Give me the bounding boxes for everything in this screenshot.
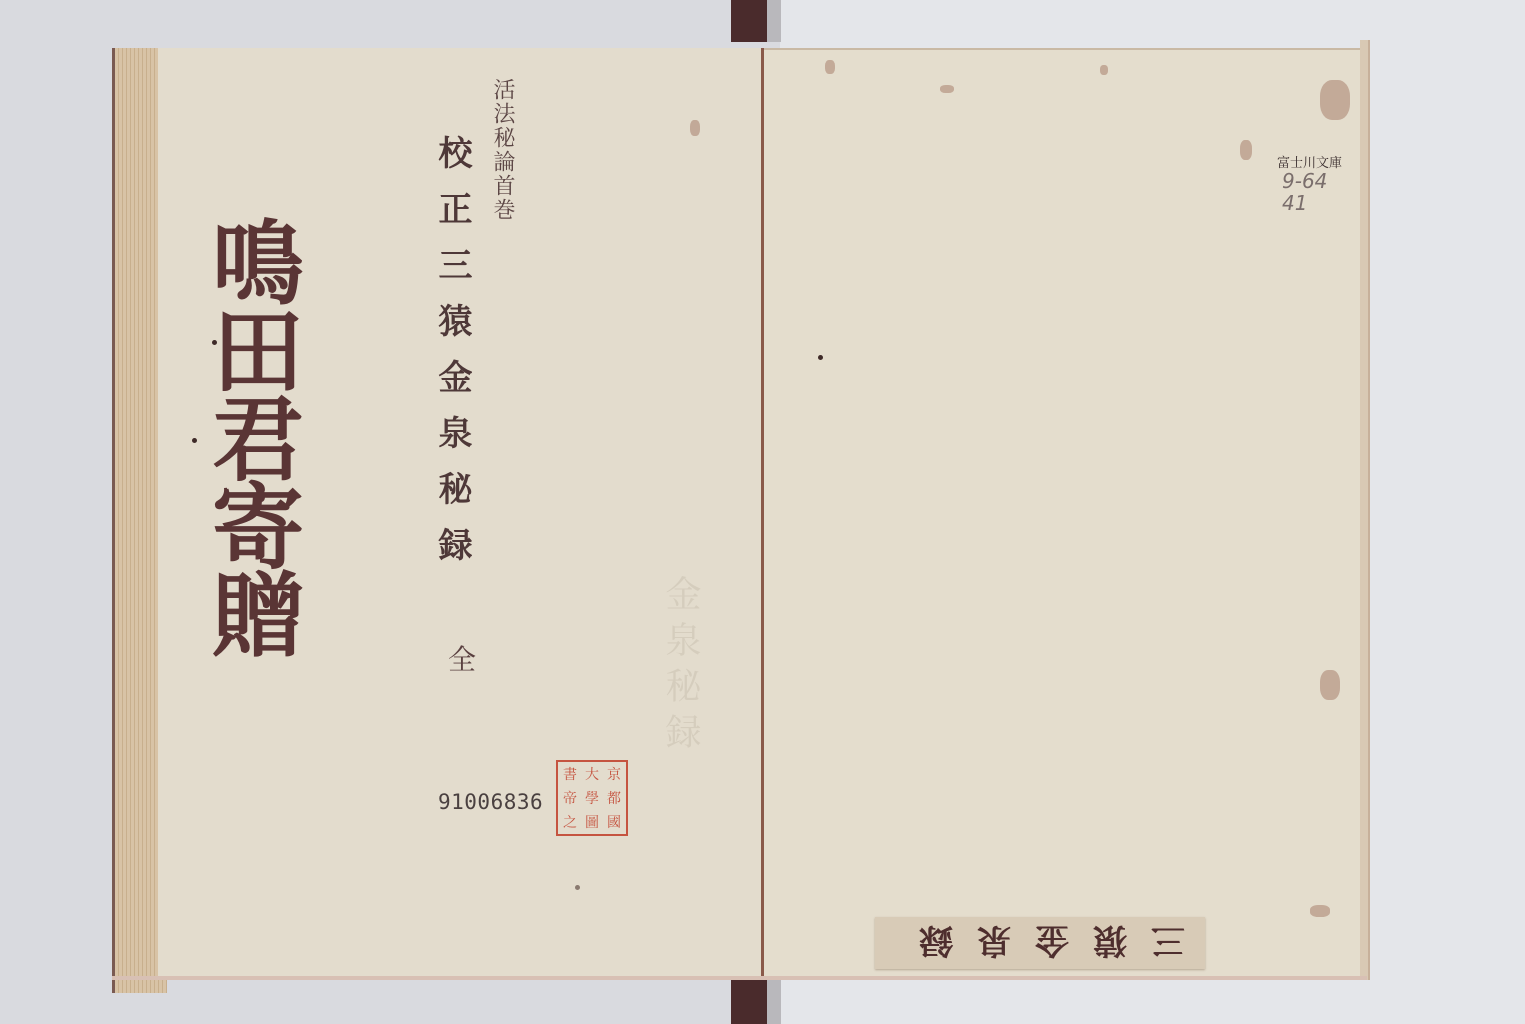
book-spine [761,48,764,978]
wormhole [575,885,580,890]
seal-char: 書 [559,763,581,787]
stain [1320,670,1340,700]
catalog-number: 91006836 [438,790,543,814]
seal-char: 都 [603,787,625,811]
title-slip: 三猿金泉録 [875,917,1205,969]
book-title: 校正三猿金泉秘録 [428,135,477,583]
book-bottom-edge [112,976,1367,980]
stain [1240,140,1252,160]
shelf-mark: 9-64 41 [1282,170,1327,214]
bookmark-ribbon-top [731,0,767,42]
bookmark-ribbon-bottom [731,976,767,1024]
seal-char: 之 [559,811,581,835]
library-seal-stamp: 書 大 京 帝 學 都 之 圖 國 [556,760,628,836]
shelf-mark-line1: 9-64 [1282,170,1327,192]
stain [825,60,835,74]
seal-char: 帝 [559,787,581,811]
showthrough-text: 金泉秘録 [655,575,706,759]
stain [1320,80,1350,120]
seal-char: 國 [603,811,625,835]
shelf-mark-line2: 41 [1282,192,1327,214]
right-page [764,48,1364,980]
stain [1310,905,1330,917]
seal-char: 京 [603,763,625,787]
stain [940,85,954,93]
stain [1100,65,1108,75]
ribbon-shadow-bottom [767,976,781,1024]
donor-calligraphy: 鳴田君寄贈 [205,215,297,655]
cover-edge-right [1360,40,1370,980]
subtitle-text: 活法秘論首巻 [487,78,518,222]
title-slip-text: 三猿金泉録 [895,919,1185,968]
wormhole [818,355,823,360]
volume-mark: 全 [448,638,476,678]
seal-char: 大 [581,763,603,787]
stain [690,120,700,136]
ribbon-shadow-top [767,0,781,42]
seal-char: 學 [581,787,603,811]
seal-char: 圖 [581,811,603,835]
